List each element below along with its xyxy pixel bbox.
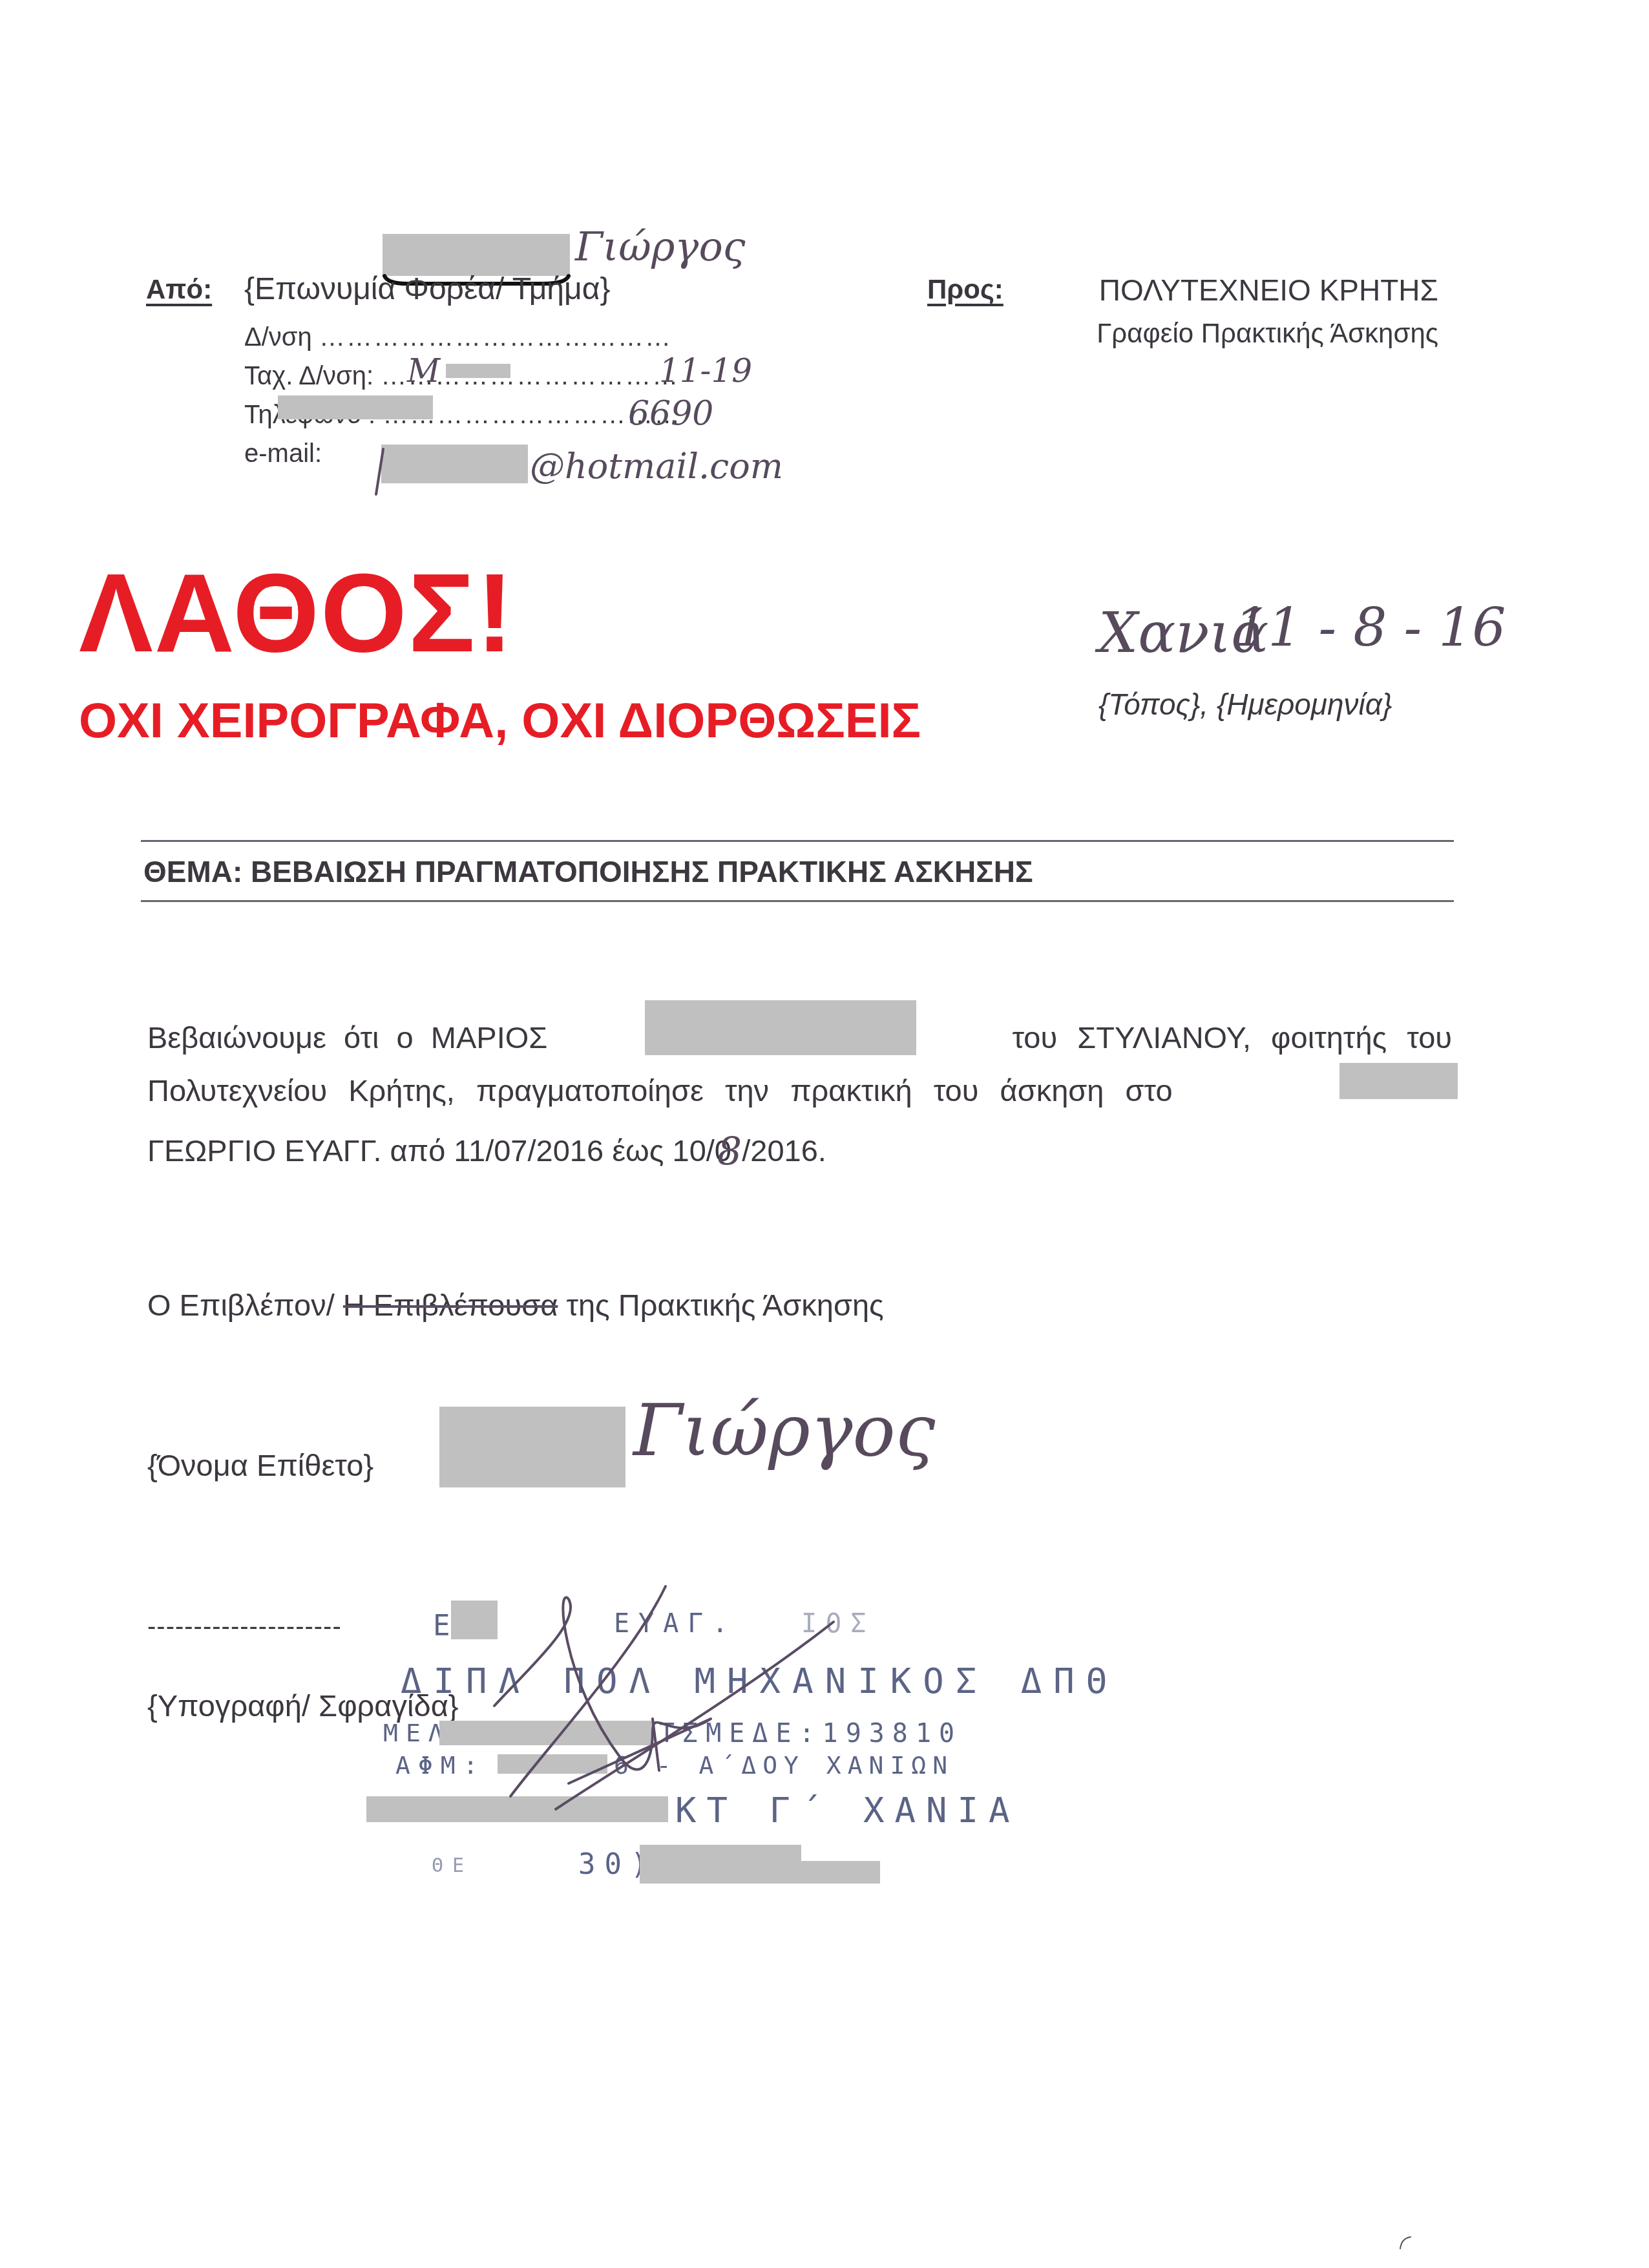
handwritten-signature	[0, 0, 1649, 2268]
bottom-corner-mark	[1399, 2236, 1412, 2252]
